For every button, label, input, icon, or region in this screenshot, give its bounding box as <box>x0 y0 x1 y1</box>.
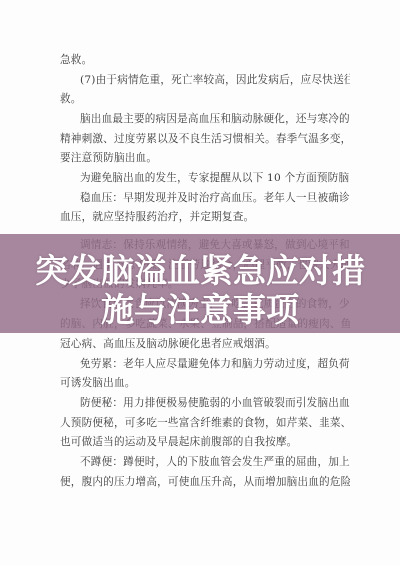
doc-line: 不蹲便：蹲便时，人的下肢血管会发生严重的屈曲，加上屏气排 <box>80 455 350 469</box>
doc-line: 也可做适当的运动及早晨起床前腹部的自我按摩。 <box>60 435 350 449</box>
doc-line: 要注意预防脑出血。 <box>60 151 350 165</box>
doc-line: 稳血压：早期发现并及时治疗高血压。老年人一旦被确诊患有高 <box>80 191 350 205</box>
doc-line: 防便秘：用力排便极易使脆弱的小血管破裂而引发脑出血。老年 <box>80 396 350 410</box>
doc-line: 冠心病、高血压及脑动脉硬化患者应戒烟酒。 <box>60 337 350 351</box>
doc-line: 可诱发脑出血。 <box>60 376 350 390</box>
doc-line: 便，腹内的压力增高，可使血压升高，从而增加脑出血的危险。 <box>60 475 350 489</box>
doc-line: 为避免脑出血的发生，专家提醒从以下 10 个方面预防脑出血。 <box>80 171 350 185</box>
doc-line: (7)由于病情危重，死亡率较高，因此发病后，应尽快送往医院抢 <box>80 73 350 87</box>
doc-line: 救。 <box>60 92 350 106</box>
doc-line: 血压，就应坚持服药治疗，并定期复查。 <box>60 210 350 224</box>
doc-line: 脑出血最主要的病因是高血压和脑动脉硬化，还与寒冷的气候、 <box>80 112 350 126</box>
banner-title-line-2: 施与注意事项 <box>0 291 400 329</box>
banner-title-line-1: 突发脑溢血紧急应对措 <box>0 252 400 290</box>
doc-line: 人预防便秘，可多吃一些富含纤维素的食物，如芹菜、韭菜、水果等， <box>60 416 350 430</box>
doc-line: 急救。 <box>60 53 350 67</box>
doc-line: 精神刺激、过度劳累以及不良生活习惯相关。春季气温多变，老人更 <box>60 132 350 146</box>
doc-line: 免劳累：老年人应尽量避免体力和脑力劳动过度，超负荷的工作 <box>80 357 350 371</box>
